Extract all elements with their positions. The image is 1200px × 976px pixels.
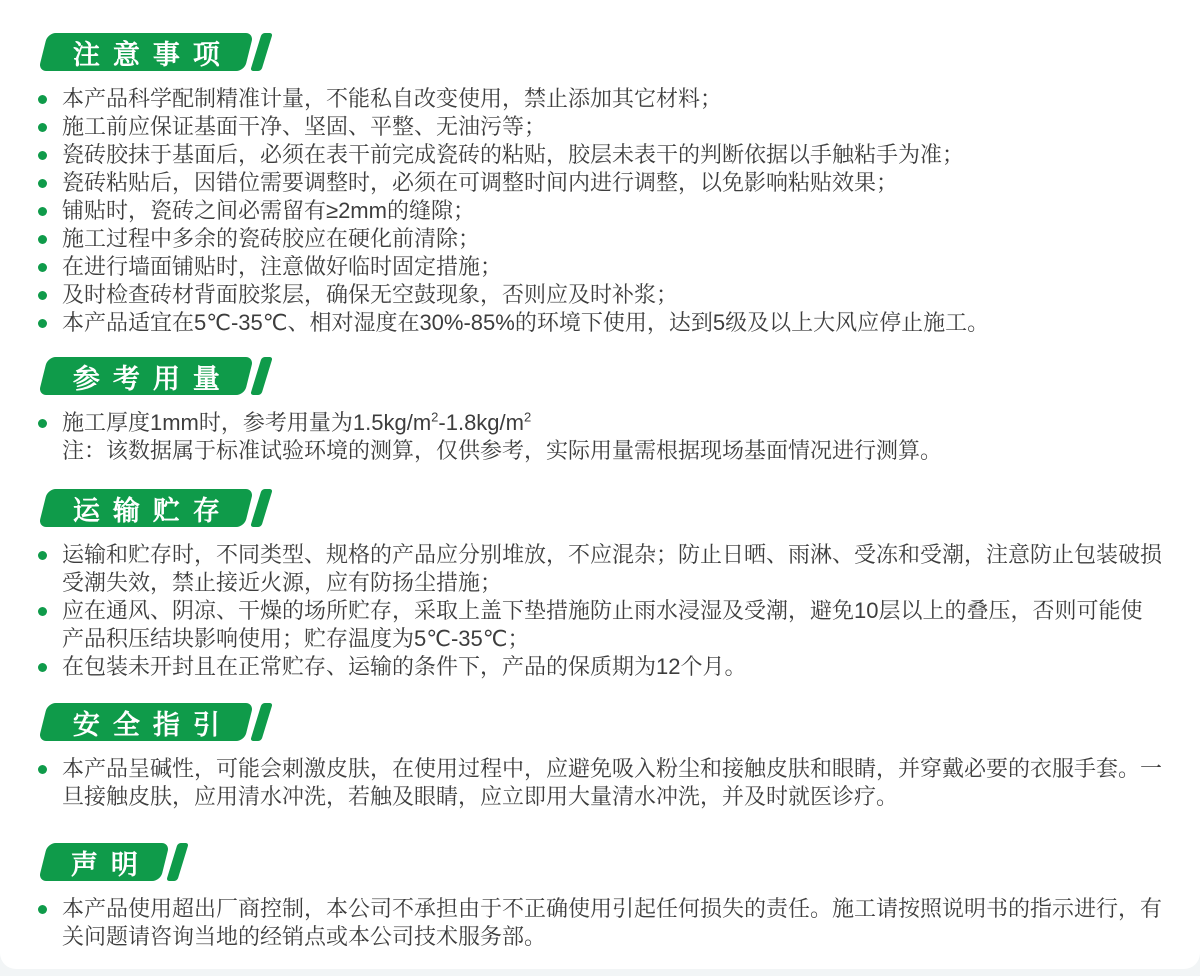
bullet-dot-icon bbox=[38, 263, 47, 272]
list-item-text: 在包装未开封且在正常贮存、运输的条件下，产品的保质期为12个月。 bbox=[62, 654, 746, 679]
banner-tip-icon bbox=[250, 33, 273, 71]
list-item: 施工前应保证基面干净、坚固、平整、无油污等； bbox=[38, 113, 1164, 141]
section-title: 声明 bbox=[71, 843, 151, 882]
list-item: 在包装未开封且在正常贮存、运输的条件下，产品的保质期为12个月。 bbox=[38, 653, 1164, 681]
list-item: 瓷砖粘贴后，因错位需要调整时，必须在可调整时间内进行调整，以免影响粘贴效果； bbox=[38, 169, 1164, 197]
list-item-text: 施工过程中多余的瓷砖胶应在硬化前清除； bbox=[62, 226, 480, 251]
list-item-text: 施工前应保证基面干净、坚固、平整、无油污等； bbox=[62, 114, 546, 139]
list-item-note: 注：该数据属于标准试验环境的测算，仅供参考，实际用量需根据现场基面情况进行测算。 bbox=[38, 437, 1164, 465]
section-banner: 安全指引 bbox=[43, 703, 1200, 741]
list-item-text: 运输和贮存时，不同类型、规格的产品应分别堆放，不应混杂；防止日晒、雨淋、受冻和受… bbox=[62, 542, 1162, 595]
section-banner: 注意事项 bbox=[43, 33, 1200, 71]
bullet-dot-icon bbox=[38, 663, 47, 672]
bullet-dot-icon bbox=[38, 235, 47, 244]
section-title: 运输贮存 bbox=[73, 489, 233, 528]
list-item: 及时检查砖材背面胶浆层，确保无空鼓现象，否则应及时补浆； bbox=[38, 281, 1164, 309]
banner-tip-icon bbox=[250, 703, 273, 741]
list-item: 施工厚度1mm时，参考用量为1.5kg/m2-1.8kg/m2 bbox=[38, 409, 1164, 437]
list-item: 本产品呈碱性，可能会刺激皮肤，在使用过程中，应避免吸入粉尘和接触皮肤和眼睛，并穿… bbox=[38, 755, 1164, 811]
list-item: 本产品使用超出厂商控制，本公司不承担由于不正确使用引起任何损失的责任。施工请按照… bbox=[38, 895, 1164, 951]
bullet-dot-icon bbox=[38, 765, 47, 774]
bullet-dot-icon bbox=[38, 419, 47, 428]
banner-shape: 注意事项 bbox=[38, 33, 253, 71]
section-banner: 运输贮存 bbox=[43, 489, 1200, 527]
list-item-text: 本产品科学配制精准计量，不能私自改变使用，禁止添加其它材料； bbox=[62, 86, 722, 111]
list-item-text: 本产品使用超出厂商控制，本公司不承担由于不正确使用引起任何损失的责任。施工请按照… bbox=[62, 896, 1162, 949]
list-item: 施工过程中多余的瓷砖胶应在硬化前清除； bbox=[38, 225, 1164, 253]
bullet-dot-icon bbox=[38, 319, 47, 328]
list-item-text: 在进行墙面铺贴时，注意做好临时固定措施； bbox=[62, 254, 502, 279]
bullet-list: 本产品科学配制精准计量，不能私自改变使用，禁止添加其它材料； 施工前应保证基面干… bbox=[0, 85, 1200, 337]
list-item: 本产品科学配制精准计量，不能私自改变使用，禁止添加其它材料； bbox=[38, 85, 1164, 113]
banner-tip-icon bbox=[166, 843, 189, 881]
list-item: 本产品适宜在5℃-35℃、相对湿度在30%-85%的环境下使用，达到5级及以上大… bbox=[38, 309, 1164, 337]
document-page: 注意事项 本产品科学配制精准计量，不能私自改变使用，禁止添加其它材料； 施工前应… bbox=[0, 0, 1200, 969]
bullet-list: 本产品呈碱性，可能会刺激皮肤，在使用过程中，应避免吸入粉尘和接触皮肤和眼睛，并穿… bbox=[0, 755, 1200, 811]
bullet-dot-icon bbox=[38, 551, 47, 560]
list-item-text: 瓷砖胶抹于基面后，必须在表干前完成瓷砖的粘贴，胶层未表干的判断依据以手触粘手为准… bbox=[62, 142, 964, 167]
section-disclaimer: 声明 本产品使用超出厂商控制，本公司不承担由于不正确使用引起任何损失的责任。施工… bbox=[0, 843, 1200, 951]
bullet-list: 运输和贮存时，不同类型、规格的产品应分别堆放，不应混杂；防止日晒、雨淋、受冻和受… bbox=[0, 541, 1200, 681]
section-dosage: 参考用量 施工厚度1mm时，参考用量为1.5kg/m2-1.8kg/m2 注：该… bbox=[0, 357, 1200, 465]
banner-shape: 安全指引 bbox=[38, 703, 253, 741]
bullet-dot-icon bbox=[38, 179, 47, 188]
section-precautions: 注意事项 本产品科学配制精准计量，不能私自改变使用，禁止添加其它材料； 施工前应… bbox=[0, 33, 1200, 337]
section-banner: 参考用量 bbox=[43, 357, 1200, 395]
banner-shape: 运输贮存 bbox=[38, 489, 253, 527]
section-title: 参考用量 bbox=[73, 357, 233, 396]
list-item: 运输和贮存时，不同类型、规格的产品应分别堆放，不应混杂；防止日晒、雨淋、受冻和受… bbox=[38, 541, 1164, 597]
bullet-dot-icon bbox=[38, 95, 47, 104]
list-item-text: 铺贴时，瓷砖之间必需留有≥2mm的缝隙； bbox=[62, 198, 475, 223]
list-item-text: 本产品呈碱性，可能会刺激皮肤，在使用过程中，应避免吸入粉尘和接触皮肤和眼睛，并穿… bbox=[62, 756, 1162, 809]
section-title: 注意事项 bbox=[73, 33, 233, 72]
superscript: 2 bbox=[524, 410, 531, 425]
bullet-list: 本产品使用超出厂商控制，本公司不承担由于不正确使用引起任何损失的责任。施工请按照… bbox=[0, 895, 1200, 951]
bullet-dot-icon bbox=[38, 151, 47, 160]
bullet-dot-icon bbox=[38, 905, 47, 914]
banner-tip-icon bbox=[250, 489, 273, 527]
bullet-dot-icon bbox=[38, 291, 47, 300]
section-banner: 声明 bbox=[43, 843, 1200, 881]
banner-shape: 声明 bbox=[38, 843, 169, 881]
list-item: 应在通风、阴凉、干燥的场所贮存，采取上盖下垫措施防止雨水浸湿及受潮，避免10层以… bbox=[38, 597, 1164, 653]
bullet-dot-icon bbox=[38, 123, 47, 132]
banner-tip-icon bbox=[250, 357, 273, 395]
dosage-line: 施工厚度1mm时，参考用量为1.5kg/m2-1.8kg/m2 bbox=[62, 410, 531, 435]
section-safety-guidelines: 安全指引 本产品呈碱性，可能会刺激皮肤，在使用过程中，应避免吸入粉尘和接触皮肤和… bbox=[0, 703, 1200, 811]
list-item-text: 瓷砖粘贴后，因错位需要调整时，必须在可调整时间内进行调整，以免影响粘贴效果； bbox=[62, 170, 898, 195]
note-text: 注：该数据属于标准试验环境的测算，仅供参考，实际用量需根据现场基面情况进行测算。 bbox=[62, 438, 942, 463]
section-title: 安全指引 bbox=[73, 703, 233, 742]
list-item-text: 及时检查砖材背面胶浆层，确保无空鼓现象，否则应及时补浆； bbox=[62, 282, 678, 307]
list-item: 瓷砖胶抹于基面后，必须在表干前完成瓷砖的粘贴，胶层未表干的判断依据以手触粘手为准… bbox=[38, 141, 1164, 169]
list-item-text: 本产品适宜在5℃-35℃、相对湿度在30%-85%的环境下使用，达到5级及以上大… bbox=[62, 310, 989, 335]
bullet-dot-icon bbox=[38, 207, 47, 216]
bullet-list: 施工厚度1mm时，参考用量为1.5kg/m2-1.8kg/m2 注：该数据属于标… bbox=[0, 409, 1200, 465]
list-item: 铺贴时，瓷砖之间必需留有≥2mm的缝隙； bbox=[38, 197, 1164, 225]
bullet-dot-icon bbox=[38, 607, 47, 616]
banner-shape: 参考用量 bbox=[38, 357, 253, 395]
section-transport-storage: 运输贮存 运输和贮存时，不同类型、规格的产品应分别堆放，不应混杂；防止日晒、雨淋… bbox=[0, 489, 1200, 681]
list-item-text: 应在通风、阴凉、干燥的场所贮存，采取上盖下垫措施防止雨水浸湿及受潮，避免10层以… bbox=[62, 598, 1142, 651]
list-item: 在进行墙面铺贴时，注意做好临时固定措施； bbox=[38, 253, 1164, 281]
